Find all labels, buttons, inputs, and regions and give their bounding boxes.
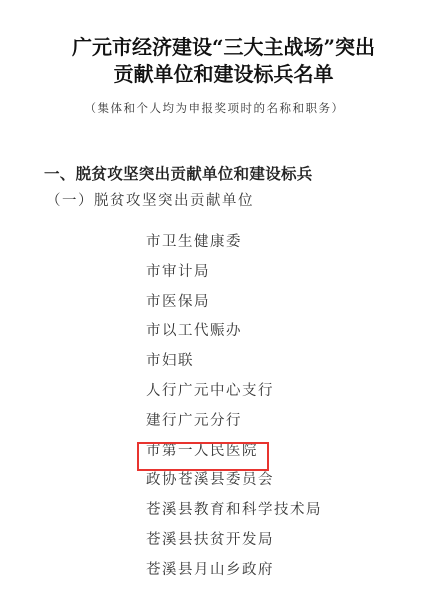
list-item: 市审计局 bbox=[146, 262, 322, 292]
list-item: 苍溪县月山乡政府 bbox=[146, 560, 322, 590]
list-item: 人行广元中心支行 bbox=[146, 381, 322, 411]
document-subtitle-note: （集体和个人均为申报奖项时的名称和职务） bbox=[0, 100, 429, 116]
subsection-heading: （一）脱贫攻坚突出贡献单位 bbox=[46, 189, 254, 210]
list-item: 政协苍溪县委员会 bbox=[146, 470, 322, 500]
list-item: 市妇联 bbox=[146, 351, 322, 381]
list-item: 苍溪县教育和科学技术局 bbox=[146, 500, 322, 530]
section-heading: 一、脱贫攻坚突出贡献单位和建设标兵 bbox=[44, 162, 313, 184]
list-item: 市以工代赈办 bbox=[146, 321, 322, 351]
document-title-line-1: 广元市经济建设“三大主战场”突出 bbox=[9, 34, 429, 60]
list-item: 市医保局 bbox=[146, 292, 322, 322]
document-title-line-2: 贡献单位和建设标兵名单 bbox=[9, 61, 429, 87]
list-item: 建行广元分行 bbox=[146, 411, 322, 441]
list-item-highlighted: 市第一人民医院 bbox=[146, 441, 322, 471]
list-item: 市卫生健康委 bbox=[146, 232, 322, 262]
list-item: 苍溪县扶贫开发局 bbox=[146, 530, 322, 560]
unit-list: 市卫生健康委 市审计局 市医保局 市以工代赈办 市妇联 人行广元中心支行 建行广… bbox=[146, 232, 322, 590]
